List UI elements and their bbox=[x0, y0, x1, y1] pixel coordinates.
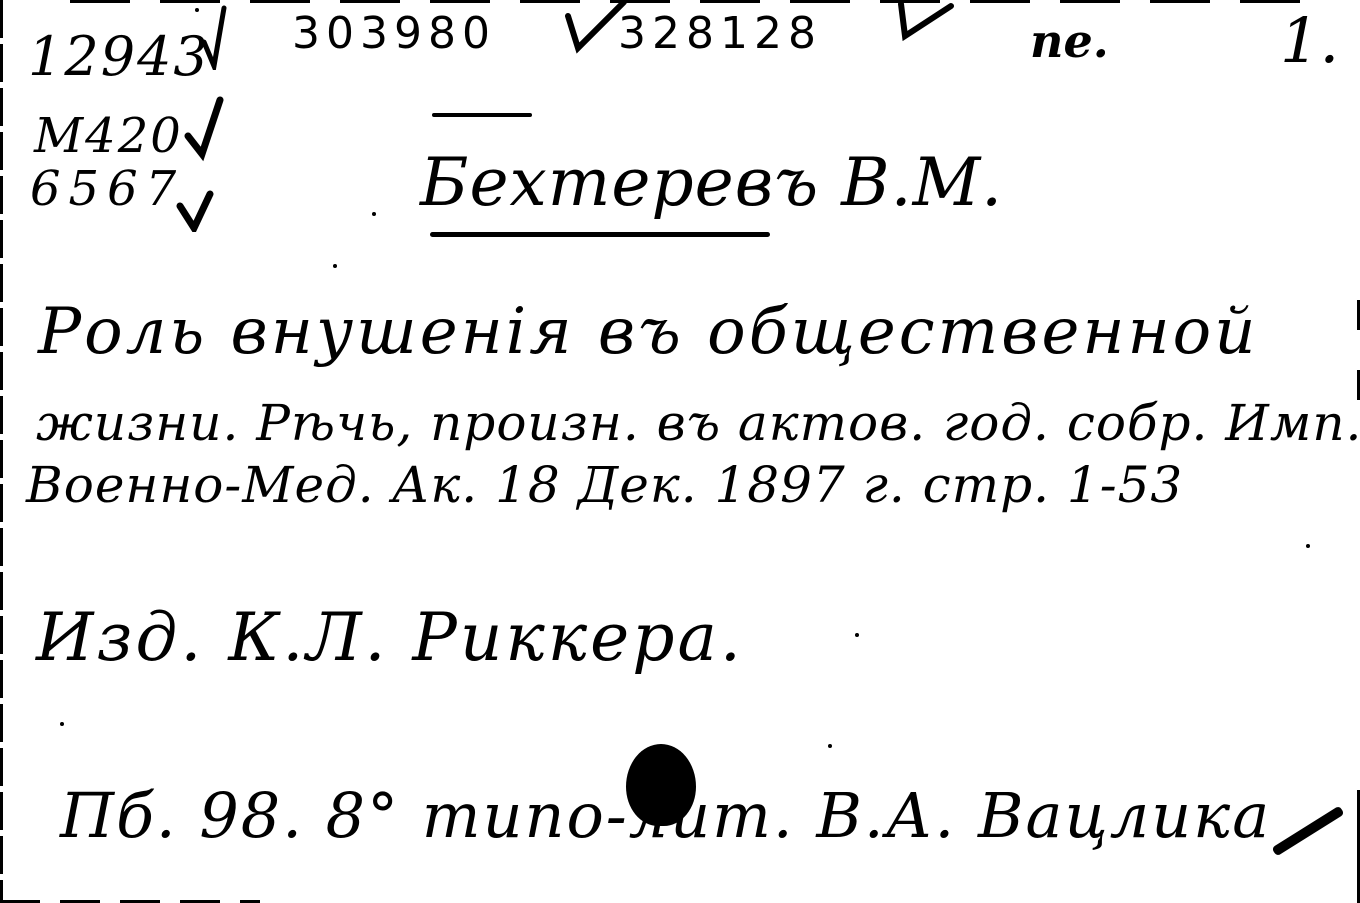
ink-speck bbox=[828, 744, 832, 748]
check-mark-icon bbox=[180, 96, 240, 166]
card-edge-top bbox=[70, 0, 1300, 3]
title-line-3: Военно-Мед. Ак. 18 Дек. 1897 г. стр. 1-5… bbox=[26, 460, 1183, 510]
ink-speck bbox=[372, 212, 376, 216]
title-line-2: жизни. Рѣчь, произн. въ актов. год. собр… bbox=[36, 398, 1360, 448]
title-line-1: Роль внушенія въ общественной bbox=[38, 300, 1258, 364]
author-overline bbox=[432, 113, 532, 117]
stray-ink-mark bbox=[1271, 806, 1344, 857]
catalog-card: 12943 M420 6567 303980 328128 пе. 1. Бех… bbox=[0, 0, 1360, 903]
publisher: Изд. К.Л. Риккера. bbox=[36, 605, 744, 671]
check-mark-icon bbox=[176, 190, 216, 232]
call-number-2: M420 bbox=[34, 112, 183, 160]
check-mark-icon bbox=[895, 0, 955, 44]
ink-speck bbox=[1306, 544, 1310, 548]
ink-speck bbox=[855, 633, 859, 637]
author-name: Бехтеревъ В.М. bbox=[420, 150, 1003, 216]
accession-number-1: 303980 bbox=[292, 12, 496, 56]
ink-speck bbox=[60, 722, 64, 726]
author-underline bbox=[430, 232, 770, 237]
call-number-3: 6567 bbox=[30, 165, 184, 213]
punch-hole bbox=[626, 744, 696, 826]
accession-number-2: 328128 bbox=[618, 12, 822, 56]
ink-speck bbox=[195, 8, 199, 12]
copy-number: 1. bbox=[1280, 10, 1339, 72]
card-edge-left bbox=[0, 0, 3, 903]
ink-speck bbox=[333, 264, 337, 268]
check-mark-icon bbox=[200, 4, 234, 70]
call-number-1: 12943 bbox=[28, 30, 210, 84]
copy-label: пе. bbox=[1030, 18, 1109, 64]
